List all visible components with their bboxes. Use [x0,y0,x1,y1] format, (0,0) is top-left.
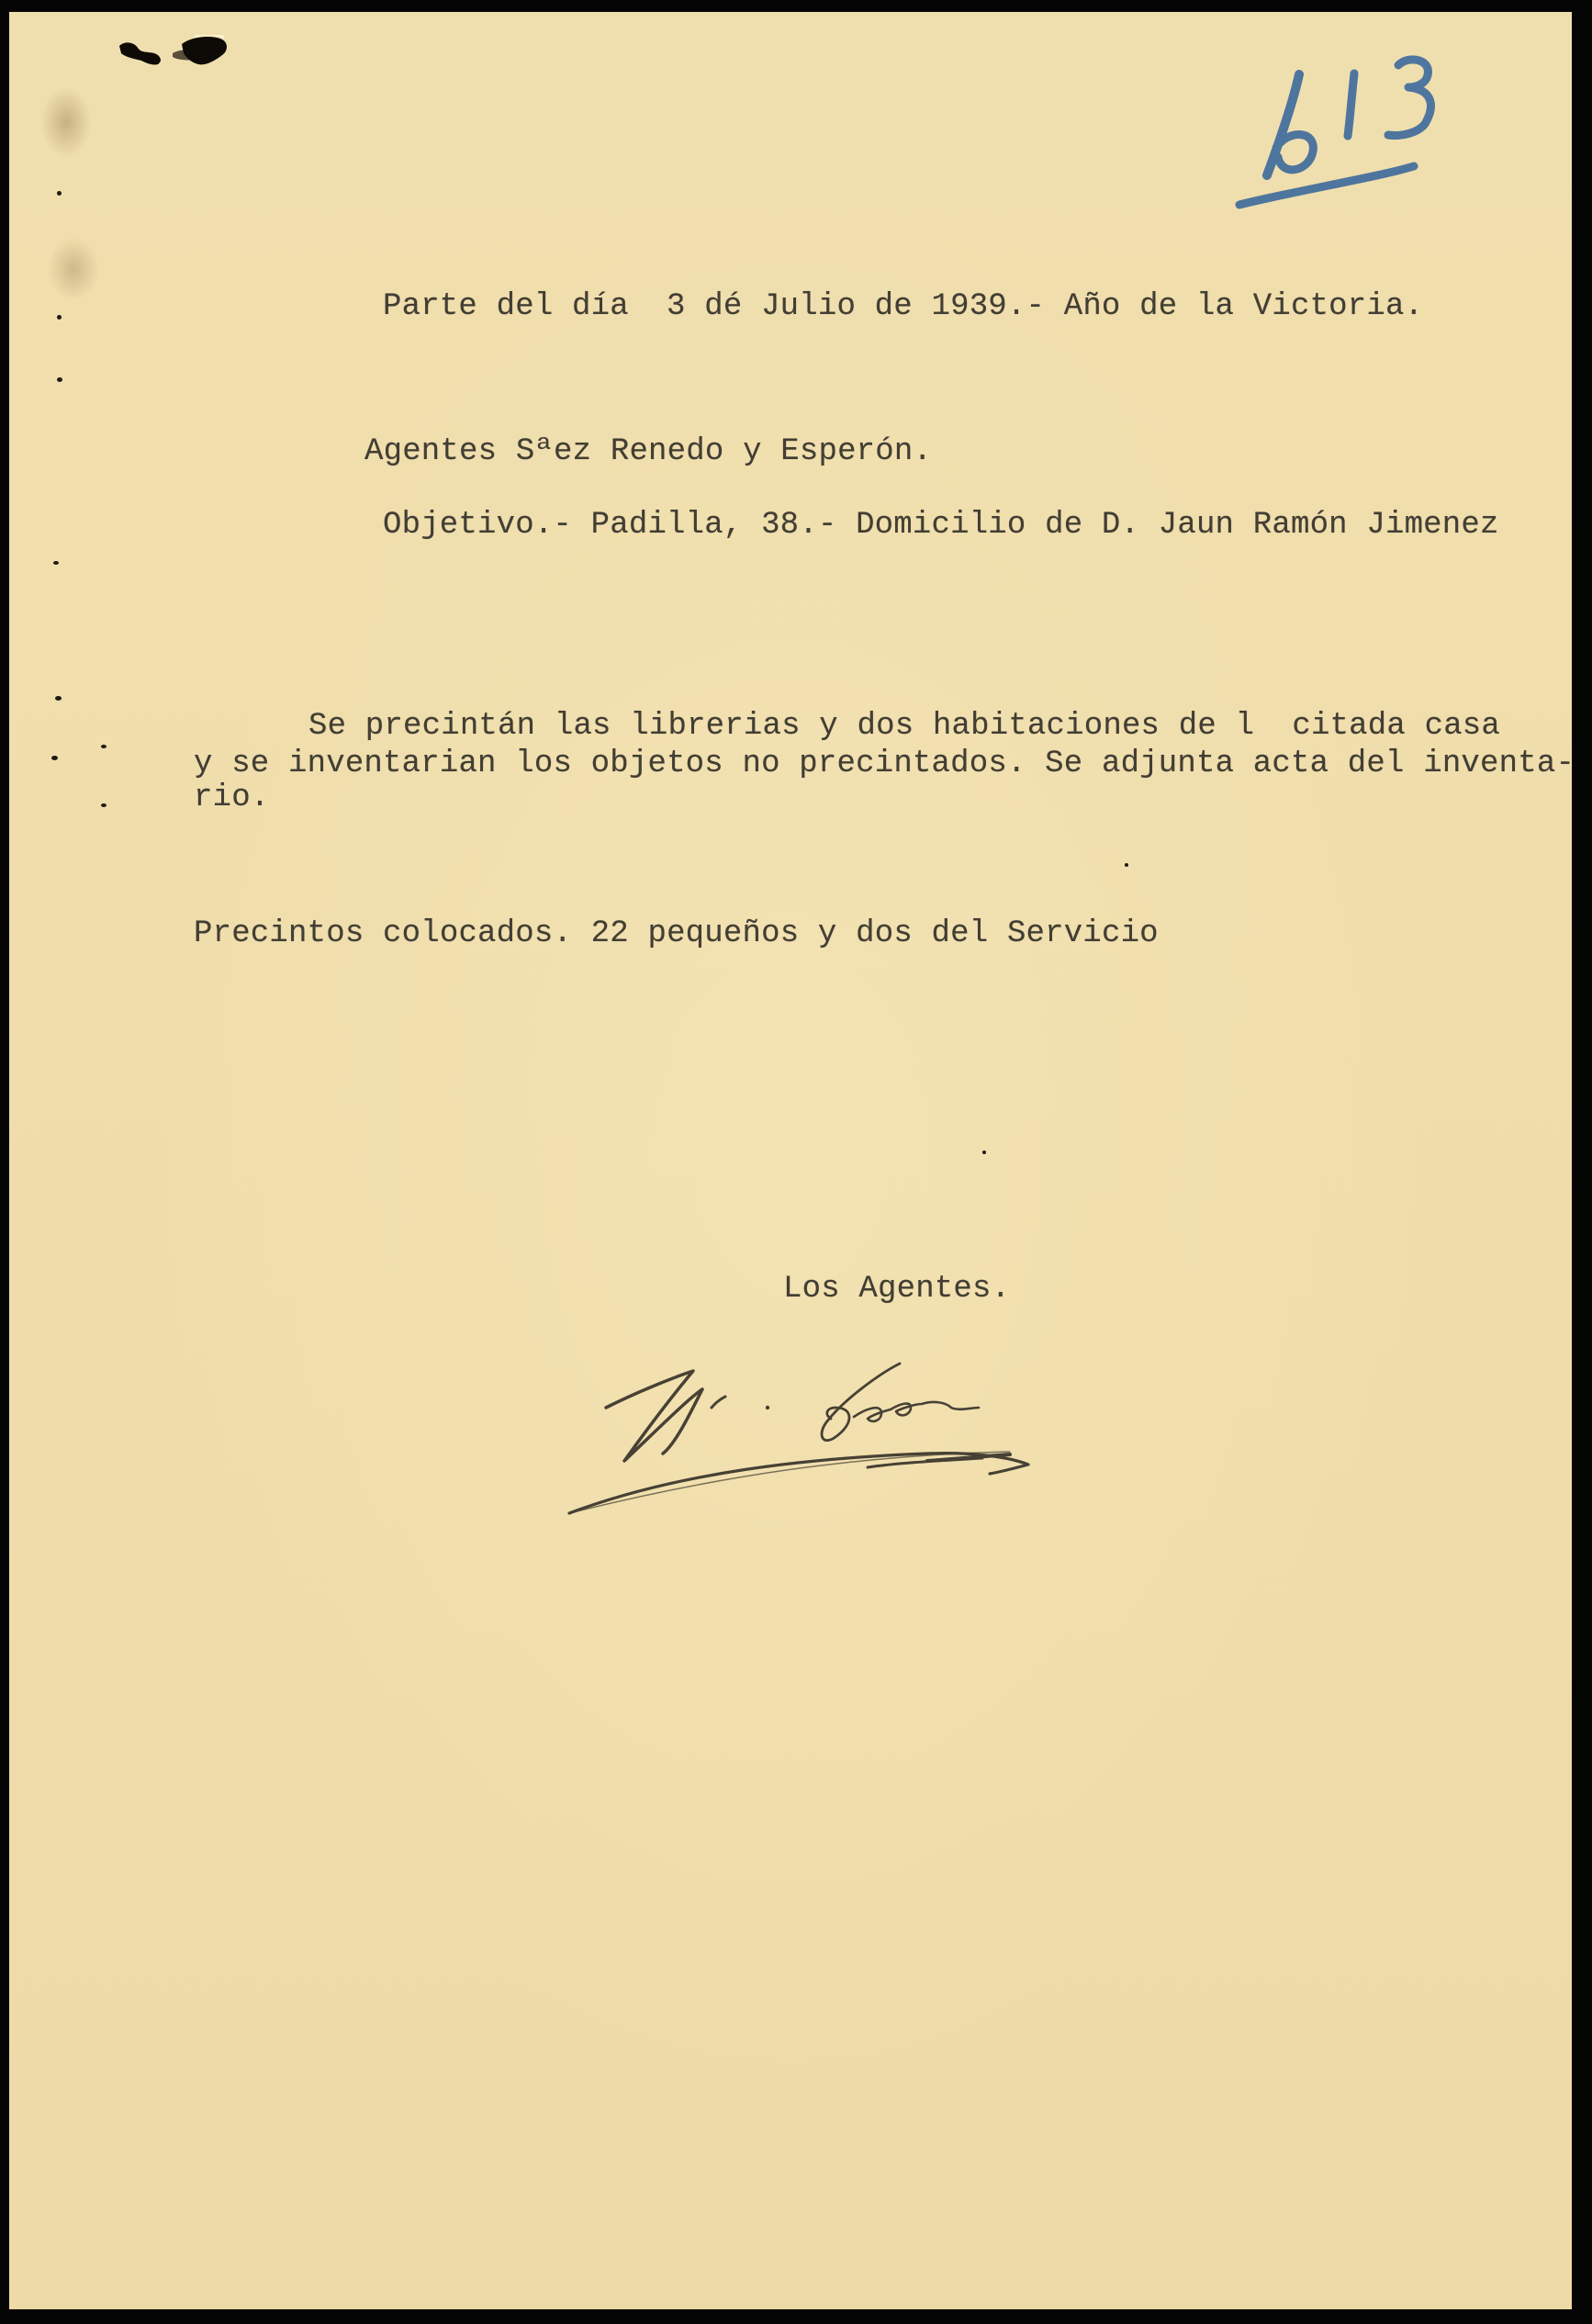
paper-speck [55,696,62,701]
signature-text: M. Saez [551,1316,555,1317]
objective-line: Objetivo.- Padilla, 38.- Domicilio de D.… [383,507,1499,544]
document-page: 613 Parte del día 3 dé Julio de 1939.- A… [9,12,1572,2309]
body-paragraph-line-2: y se inventarian los objetos no precinta… [194,746,1572,782]
paper-speck [53,561,59,565]
seals-line: Precintos colocados. 22 pequeños y dos d… [194,915,1159,952]
closing-line: Los Agentes. [783,1271,1010,1308]
paper-damage-hole [118,35,237,81]
paper-speck [57,315,62,320]
agents-line: Agentes Sªez Renedo y Esperón. [364,433,932,470]
paper-speck [57,377,62,382]
paper-speck [101,745,107,748]
paper-speck [1125,863,1128,867]
body-paragraph-line-3: rio. [194,780,269,816]
paper-speck [51,756,58,760]
handwritten-page-number: 613 [1221,49,1497,241]
report-header: Parte del día 3 dé Julio de 1939.- Año d… [383,288,1423,325]
agent-signature: M. Saez [551,1316,1138,1536]
scan-border: 613 Parte del día 3 dé Julio de 1939.- A… [0,0,1592,2324]
paper-speck [57,191,62,196]
paper-speck [982,1151,986,1154]
handwritten-page-number-text: 613 [1221,49,1223,50]
body-paragraph-line-1: Se precintán las librerias y dos habitac… [308,708,1500,745]
paper-speck [101,803,107,807]
